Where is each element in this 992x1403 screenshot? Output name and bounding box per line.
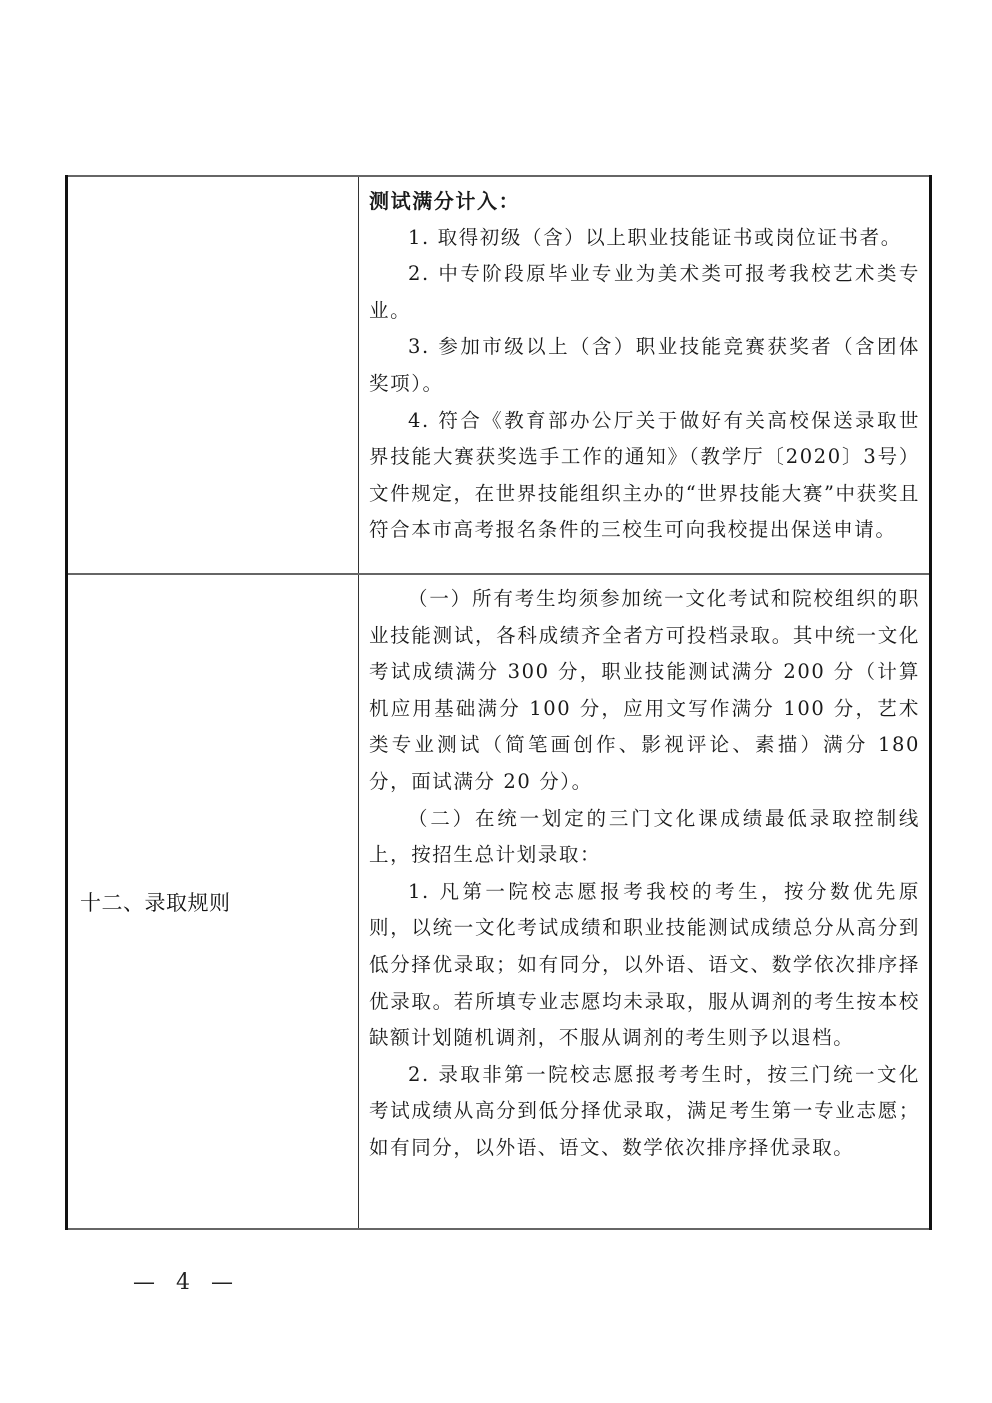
section-heading: 测试满分计入：: [369, 183, 920, 220]
paragraph: 2. 中专阶段原毕业专业为美术类可报考我校艺术类专业。: [369, 256, 920, 329]
row-content-cell: （一）所有考生均须参加统一文化考试和院校组织的职业技能测试，各科成绩齐全者方可投…: [359, 574, 931, 1229]
paragraph: （二）在统一划定的三门文化课成绩最低录取控制线上，按招生总计划录取：: [369, 801, 920, 874]
paragraph: 1. 凡第一院校志愿报考我校的考生，按分数优先原则，以统一文化考试成绩和职业技能…: [369, 874, 920, 1057]
table-row: 十二、录取规则 （一）所有考生均须参加统一文化考试和院校组织的职业技能测试，各科…: [67, 574, 931, 1229]
paragraph: 2. 录取非第一院校志愿报考考生时，按三门统一文化考试成绩从高分到低分择优录取，…: [369, 1057, 920, 1167]
row-label-cell: [67, 176, 359, 574]
paragraph: 4. 符合《教育部办公厅关于做好有关高校保送录取世界技能大赛获奖选手工作的通知》…: [369, 403, 920, 549]
admission-rules-table: 测试满分计入： 1. 取得初级（含）以上职业技能证书或岗位证书者。 2. 中专阶…: [65, 175, 932, 1230]
page-number: — 4 —: [133, 1270, 235, 1295]
row-label-admission-rules: 十二、录取规则: [68, 887, 231, 917]
table-row: 测试满分计入： 1. 取得初级（含）以上职业技能证书或岗位证书者。 2. 中专阶…: [67, 176, 931, 574]
paragraph: （一）所有考生均须参加统一文化考试和院校组织的职业技能测试，各科成绩齐全者方可投…: [369, 581, 920, 801]
paragraph: 3. 参加市级以上（含）职业技能竞赛获奖者（含团体奖项）。: [369, 329, 920, 402]
row-label-cell: 十二、录取规则: [67, 574, 359, 1229]
paragraph: 1. 取得初级（含）以上职业技能证书或岗位证书者。: [369, 220, 920, 257]
document-page: 测试满分计入： 1. 取得初级（含）以上职业技能证书或岗位证书者。 2. 中专阶…: [0, 0, 992, 1403]
row-content-cell: 测试满分计入： 1. 取得初级（含）以上职业技能证书或岗位证书者。 2. 中专阶…: [359, 176, 931, 574]
